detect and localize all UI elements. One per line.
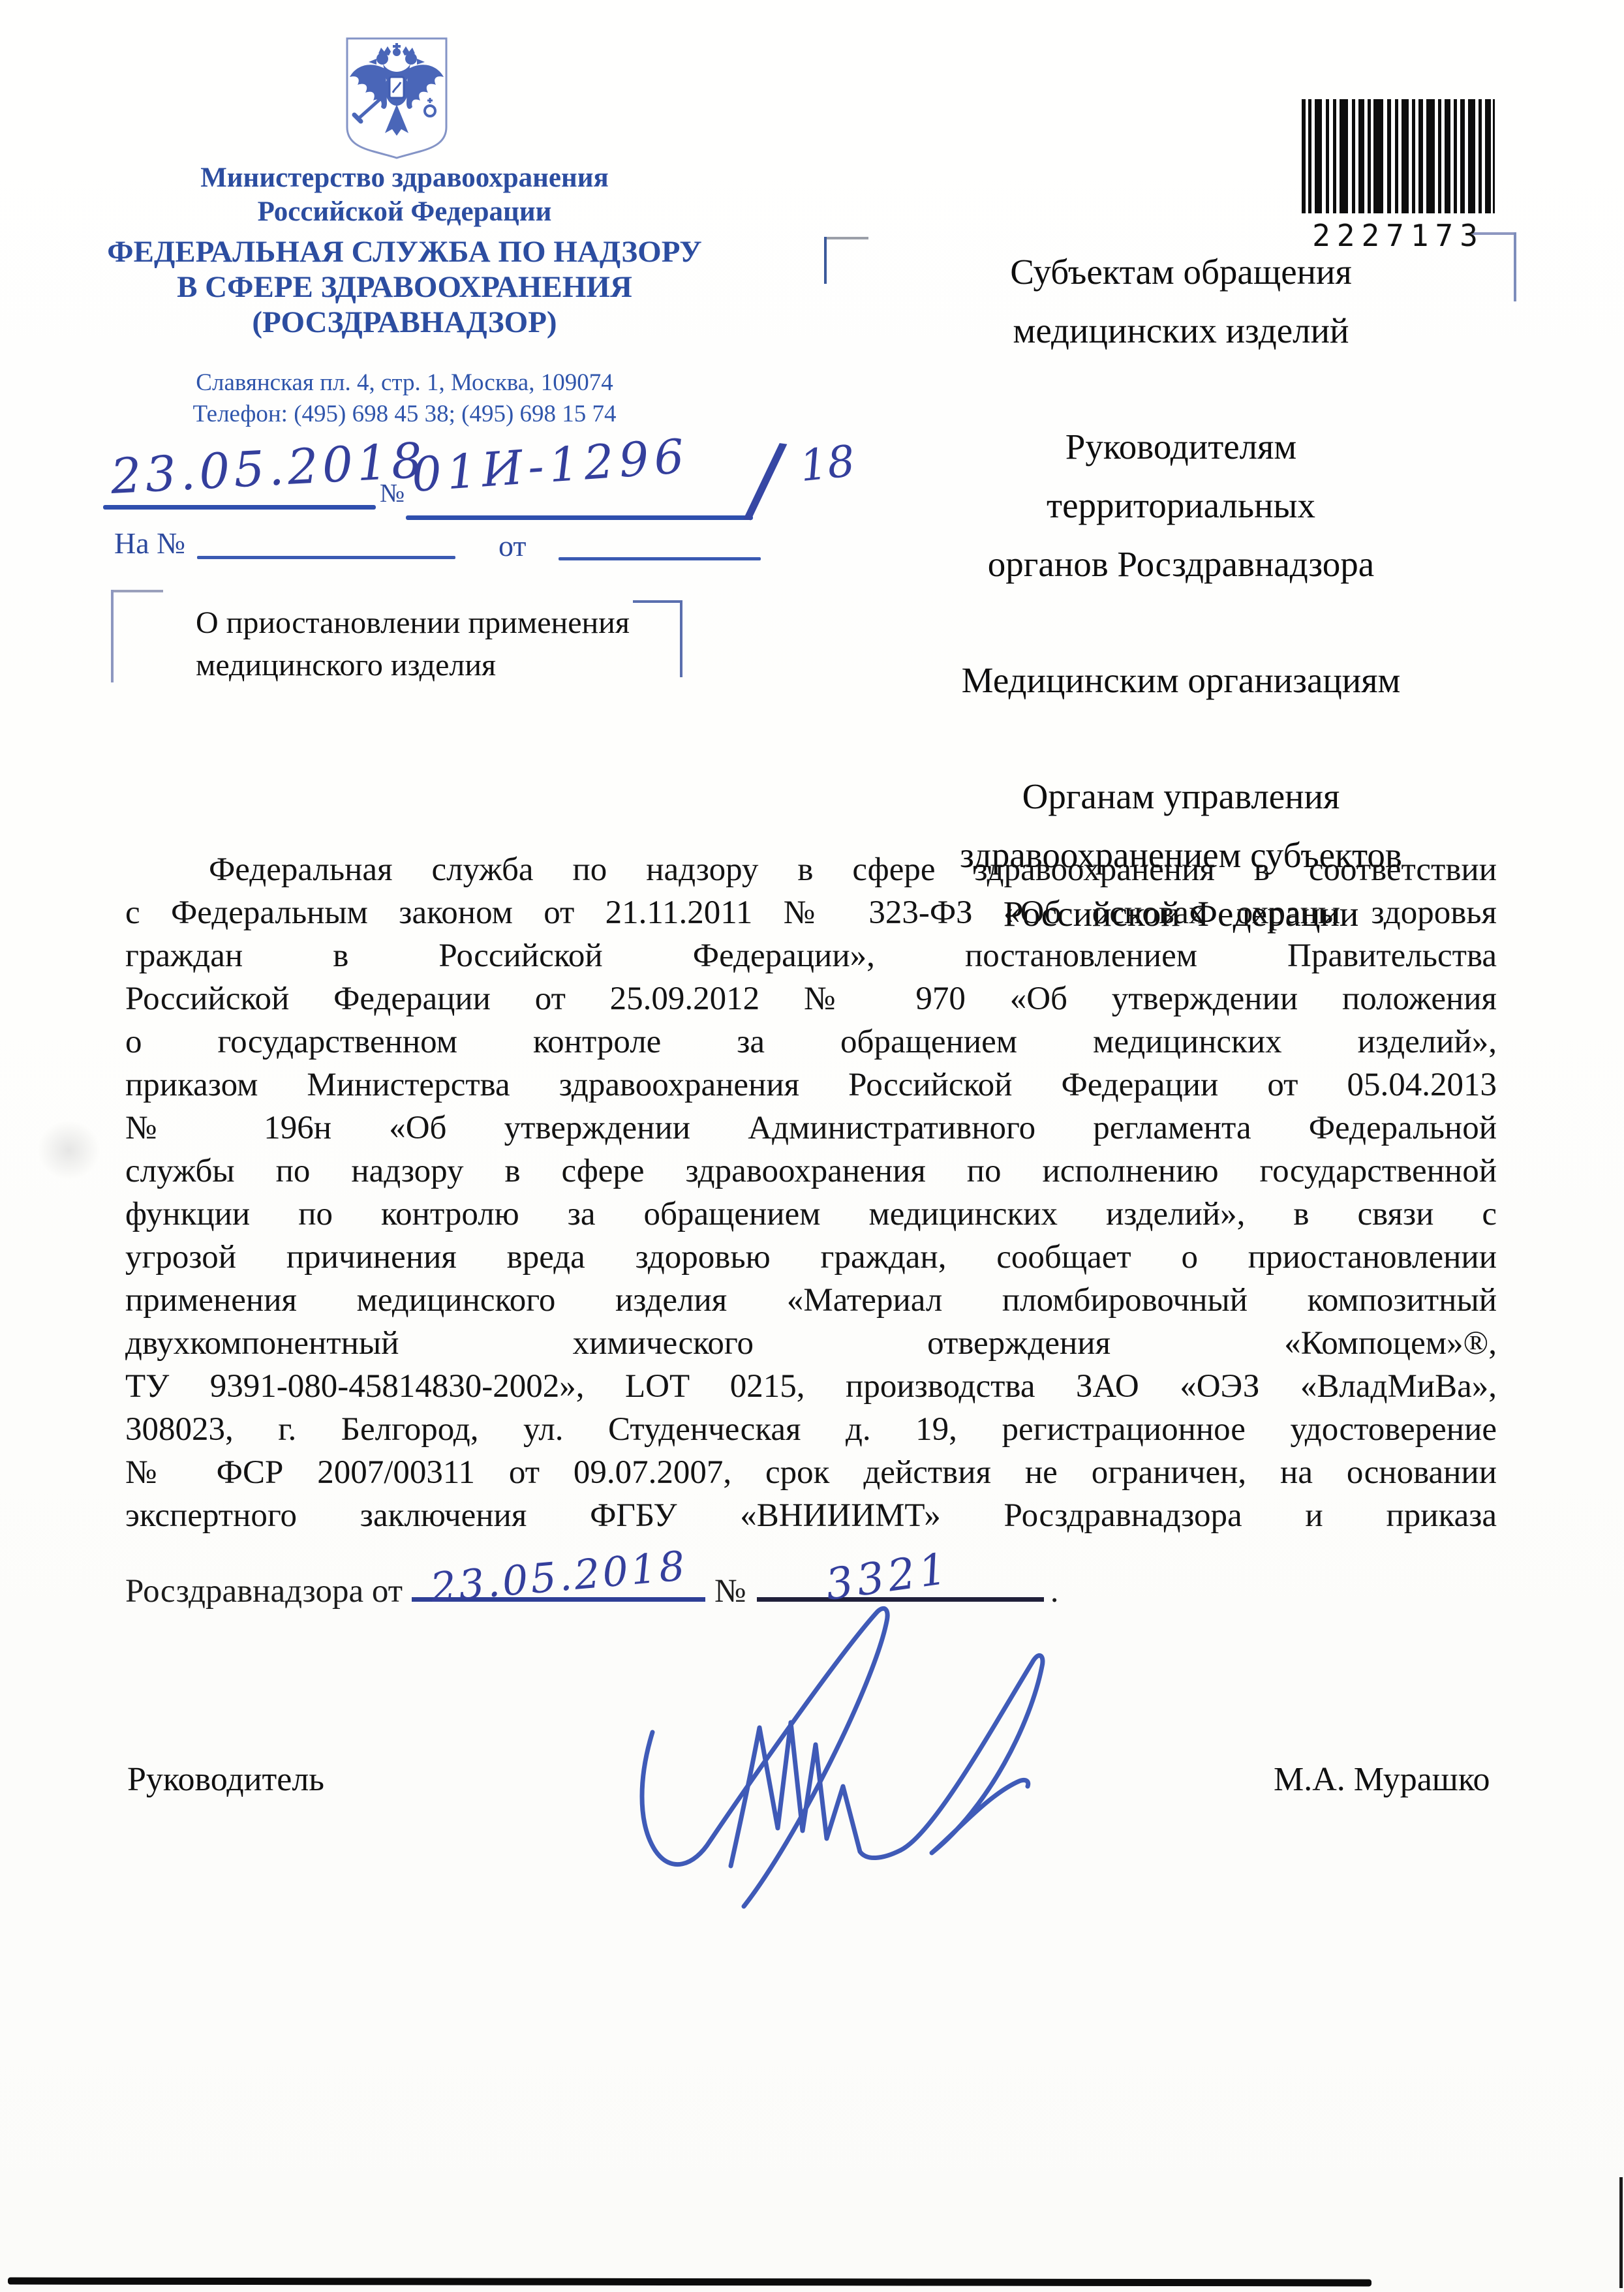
barcode-bars-icon: [1302, 99, 1495, 213]
outgoing-number-handwritten: 01И-1296: [410, 428, 691, 502]
ministry-name-line1: Министерство здравоохранения: [98, 162, 711, 194]
body-line: с Федеральным законом от 21.11.2011 № 32…: [125, 891, 1497, 934]
body-line: № 196н «Об утверждении Административного…: [125, 1107, 1497, 1150]
body-line: Российской Федерации от 25.09.2012 № 970…: [125, 977, 1497, 1020]
body-line: применения медицинского изделия «Материа…: [125, 1279, 1497, 1322]
service-name-line1: ФЕДЕРАЛЬНАЯ СЛУЖБА ПО НАДЗОРУ: [98, 235, 711, 269]
recipient-line: органов Росздравнадзора: [842, 535, 1520, 594]
reply-number-blank: [197, 556, 455, 559]
subject-line1: О приостановлении применения: [196, 602, 692, 644]
recipient-line: территориальных: [842, 476, 1520, 535]
date-underline: [103, 505, 376, 510]
body-line: экспертного заключения ФГБУ «ВНИИИМТ» Ро…: [125, 1494, 1497, 1537]
reply-date-blank: [559, 557, 761, 560]
recipient-line: Руководителям: [842, 418, 1520, 476]
recipient-group: Медицинским организациям: [842, 651, 1520, 710]
scan-artifact-right-edge: [1619, 2177, 1623, 2288]
body-line: двухкомпонентный химического отверждения…: [125, 1322, 1497, 1365]
subject-line2: медицинского изделия: [196, 644, 692, 686]
signature-icon: [626, 1592, 1057, 1925]
scan-smudge: [38, 1121, 100, 1180]
letterhead-address: Славянская пл. 4, стр. 1, Москва, 109074: [98, 369, 711, 397]
body-line: ТУ 9391-080-45814830-2002», LOT 0215, пр…: [125, 1365, 1497, 1408]
body-line: № ФСР 2007/00311 от 09.07.2007, срок дей…: [125, 1451, 1497, 1494]
body-line: о государственном контроле за обращением…: [125, 1020, 1497, 1063]
subject-block: О приостановлении применения медицинског…: [196, 602, 692, 686]
body-line: Федеральная служба по надзору в сфере зд…: [125, 848, 1497, 891]
coat-of-arms-icon: [344, 34, 450, 159]
body-line: приказом Министерства здравоохранения Ро…: [125, 1063, 1497, 1107]
scan-artifact-bottom-bar: [8, 2278, 1371, 2287]
recipient-line: Медицинским организациям: [842, 651, 1520, 710]
number-sign: №: [380, 478, 405, 508]
recipient-group: Субъектам обращения медицинских изделий: [842, 243, 1520, 360]
final-line-prefix: Росздравнадзора от: [125, 1573, 403, 1610]
body-line: службы по надзору в сфере здравоохранени…: [125, 1150, 1497, 1193]
letterhead-phone: Телефон: (495) 698 45 38; (495) 698 15 7…: [98, 400, 711, 428]
recipient-line: медицинских изделий: [842, 301, 1520, 360]
recipient-line: Субъектам обращения: [842, 243, 1520, 301]
body-line: функции по контролю за обращением медици…: [125, 1193, 1497, 1236]
number-underline: [406, 515, 753, 520]
reply-to-label: На №: [114, 526, 185, 560]
body-line: угрозой причинения вреда здоровью гражда…: [125, 1236, 1497, 1279]
ministry-name-line2: Российской Федерации: [98, 196, 711, 228]
number-slash-handwritten: /: [741, 421, 789, 538]
recipient-group: Руководителям территориальных органов Ро…: [842, 418, 1520, 594]
signer-name: М.А. Мурашко: [1274, 1760, 1490, 1799]
body-line: граждан в Российской Федерации», постано…: [125, 934, 1497, 977]
body-line: 308023, г. Белгород, ул. Студенческая д.…: [125, 1408, 1497, 1451]
body-text: Федеральная служба по надзору в сфере зд…: [125, 848, 1497, 1537]
barcode: 2227173: [1302, 99, 1495, 253]
reply-from-label: от: [498, 528, 527, 563]
document-page: Министерство здравоохранения Российской …: [0, 0, 1624, 2292]
service-name-line3: (РОСЗДРАВНАДЗОР): [98, 305, 711, 340]
signer-title: Руководитель: [127, 1760, 324, 1799]
service-name-line2: В СФЕРЕ ЗДРАВООХРАНЕНИЯ: [98, 270, 711, 305]
recipient-line: Органам управления: [842, 767, 1520, 826]
